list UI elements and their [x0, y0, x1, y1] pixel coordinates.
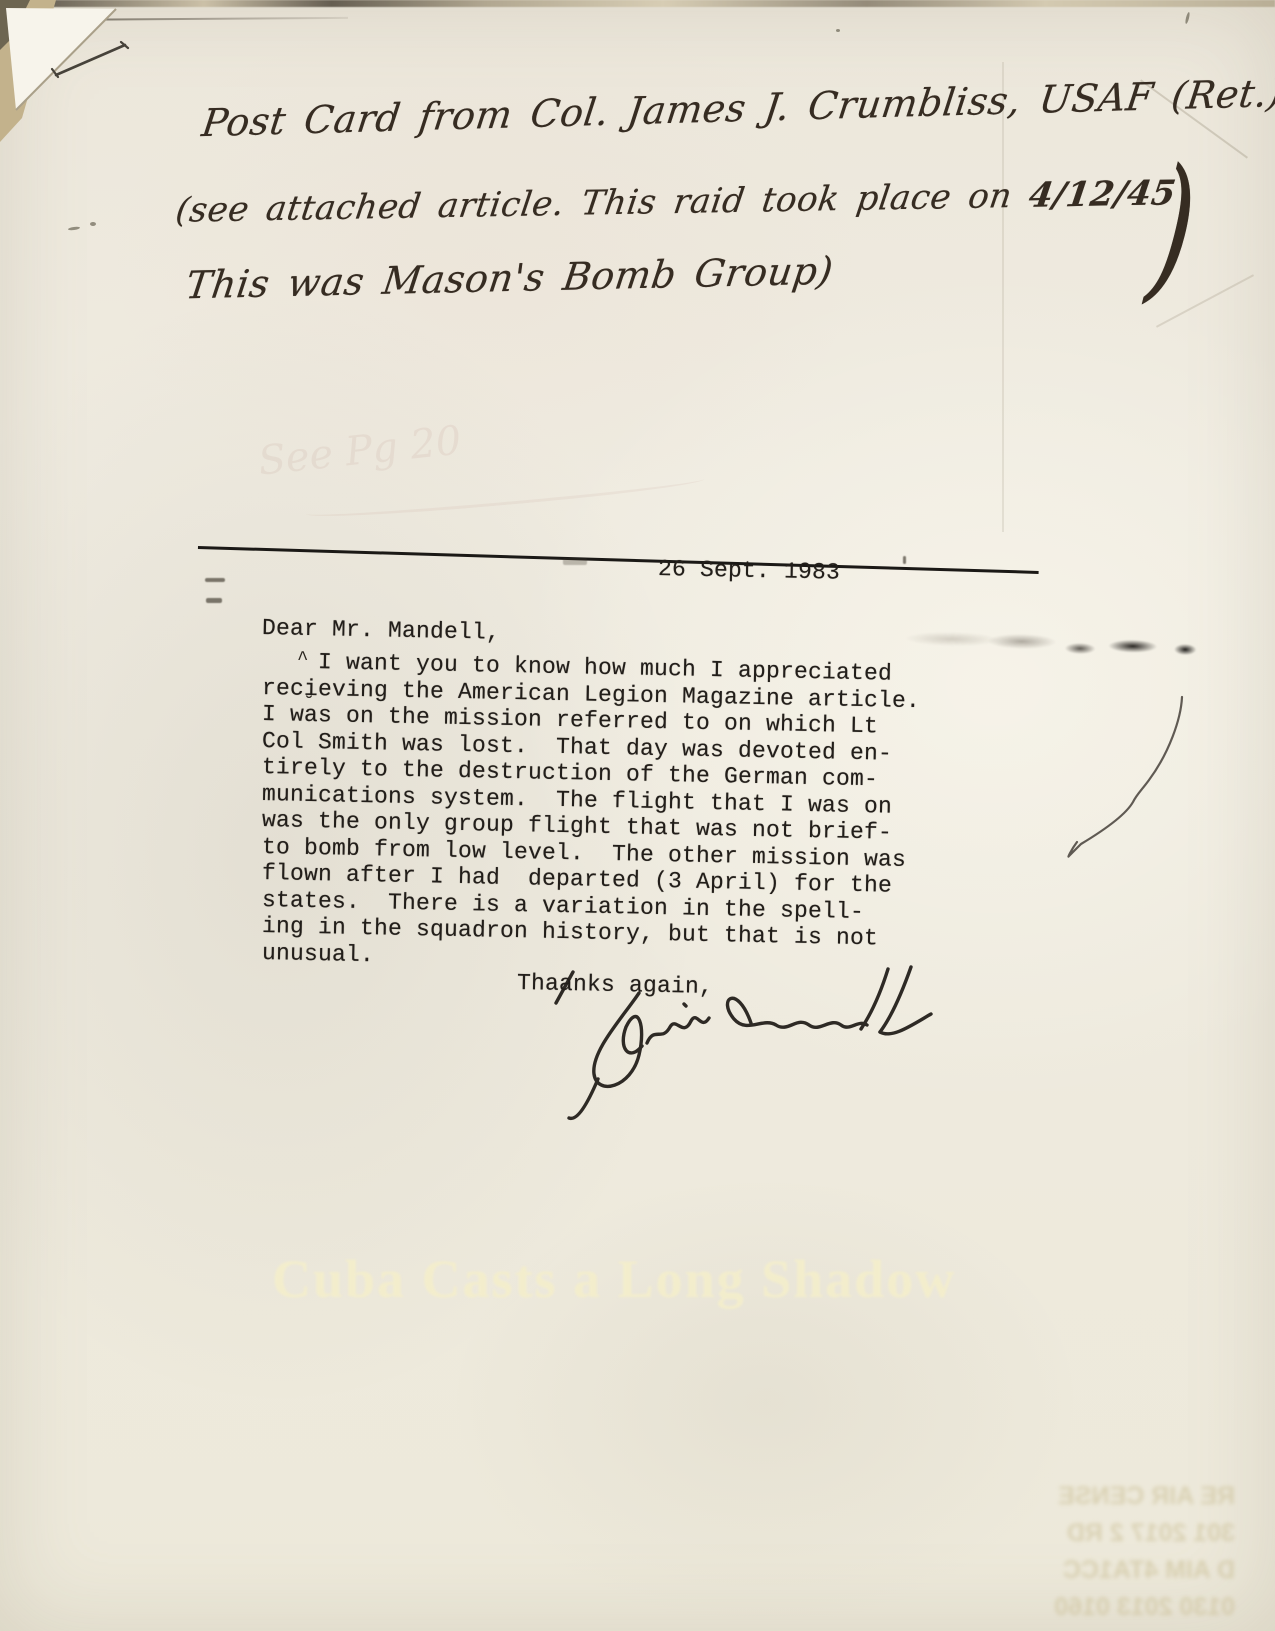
large-closing-paren: )	[1144, 146, 1204, 310]
pen-mark	[68, 226, 80, 231]
staple-icon	[48, 36, 138, 86]
paper-speck	[836, 29, 840, 32]
faint-ghost-note: See Pg 20	[256, 417, 463, 484]
bleed-line: RE AIR CENSE	[975, 1478, 1235, 1515]
margin-smudge	[206, 598, 222, 603]
margin-smudge	[205, 578, 225, 582]
obliterated-ink-smudge	[905, 621, 1198, 666]
stray-curved-mark	[1040, 685, 1200, 870]
signature-jim-crumbliss	[535, 955, 965, 1130]
bleed-line: 301 2017 2 RD	[975, 1515, 1235, 1552]
handwritten-text: (see attached article. This raid took pl…	[173, 173, 1178, 231]
pen-mark	[90, 222, 96, 226]
handwritten-text: This was Mason's Bomb Group)	[183, 249, 836, 308]
handwritten-note-line-3: This was Mason's Bomb Group)	[186, 249, 834, 308]
vertical-fold-crease	[1002, 62, 1004, 532]
faint-ghost-squiggle	[305, 471, 705, 523]
handwritten-note-line-2: (see attached article. This raid took pl…	[176, 173, 1176, 230]
margin-smudge	[903, 556, 906, 564]
typo-caret-mark: ^	[297, 648, 308, 670]
bleed-line: D AIM 4TA1CC	[975, 1552, 1235, 1589]
letter-date: 26 Sept. 1983	[658, 558, 840, 585]
paper-speck	[1185, 12, 1191, 24]
handwritten-note-line-1: Post Card from Col. James J. Crumbliss, …	[202, 71, 1275, 145]
margin-smudge	[563, 558, 587, 565]
scanned-letter-page: Post Card from Col. James J. Crumbliss, …	[0, 0, 1275, 1631]
handwritten-text: Post Card from Col. James J. Crumbliss, …	[199, 71, 1275, 145]
note-line2-text: (see attached article. This raid took pl…	[173, 176, 1032, 231]
bleed-through-address-block: RE AIR CENSE 301 2017 2 RD D AIM 4TA1CC …	[975, 1478, 1235, 1626]
torn-top-edge	[0, 0, 1275, 7]
letter-body-line: unusual.	[262, 942, 374, 967]
letter-salutation: Dear Mr. Mandell,	[262, 617, 500, 645]
horizontal-rule-line	[198, 546, 1039, 574]
typo-breve-mark: ˘	[303, 694, 315, 717]
bleed-line: 0130 2013 0160	[975, 1589, 1235, 1626]
bleed-through-headline: Cuba Casts a Long Shadow	[272, 1248, 956, 1310]
